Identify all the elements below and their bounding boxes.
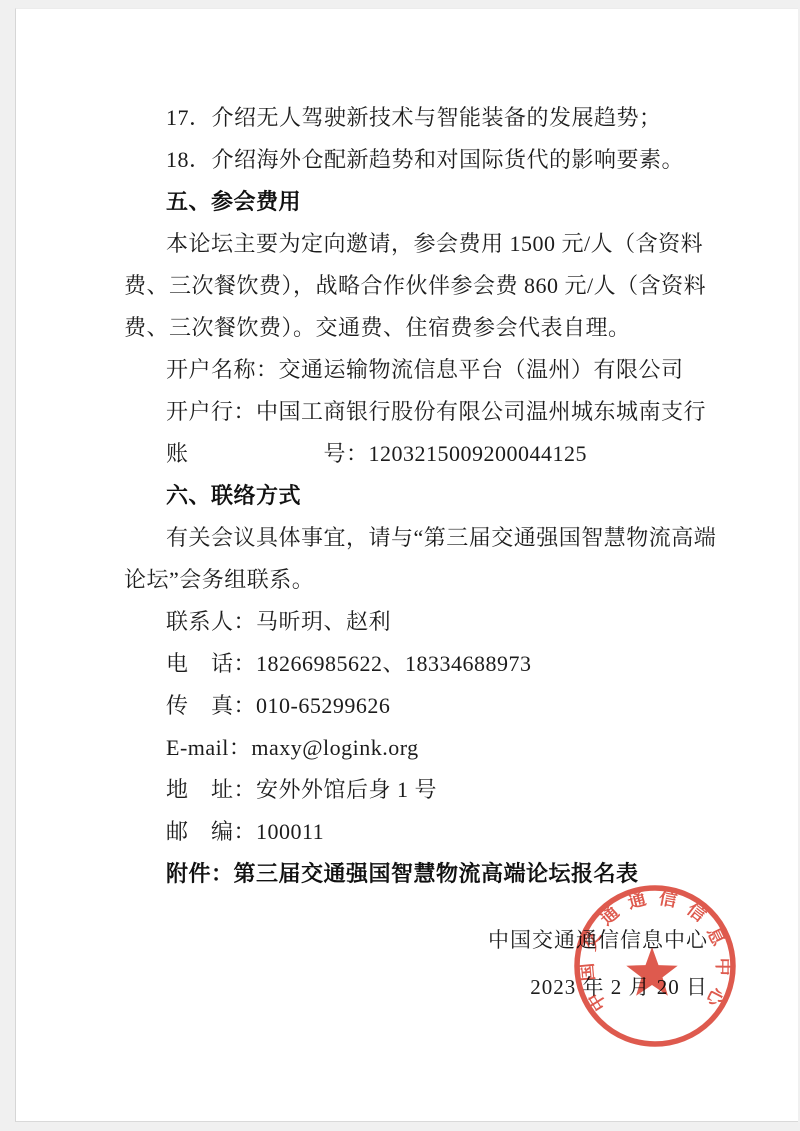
paragraph-line: 论坛”会务组联系。 [124, 559, 712, 601]
field-phone: 电 话：18266985622、18334688973 [124, 643, 712, 685]
field-postcode: 邮 编：100011 [124, 811, 712, 853]
scanned-document: { "doc": { "lines": [ {"text": "17．介绍无人驾… [0, 0, 800, 1131]
paragraph-line: 费、三次餐饮费），战略合作伙伴参会费 860 元/人（含资料 [124, 265, 712, 307]
attachment-line: 附件：第三届交通强国智慧物流高端论坛报名表 [124, 853, 712, 895]
paragraph-line: 本论坛主要为定向邀请，参会费用 1500 元/人（含资料 [124, 223, 712, 265]
field-contact-person: 联系人：马昕玥、赵利 [124, 601, 712, 643]
field-address: 地 址：安外外馆后身 1 号 [124, 769, 712, 811]
signature-block: 中国交通通信信息中心 2023 年 2 月 20 日 [488, 926, 708, 1001]
section-heading-contact: 六、联络方式 [124, 475, 712, 517]
paragraph-line: 费、三次餐饮费）。交通费、住宿费参会代表自理。 [124, 307, 712, 349]
field-account-name: 开户名称：交通运输物流信息平台（温州）有限公司 [124, 349, 712, 391]
field-account-number: 账 号：1203215009200044125 [124, 433, 712, 475]
list-item-17: 17．介绍无人驾驶新技术与智能装备的发展趋势； [124, 97, 712, 139]
signature-date: 2023 年 2 月 20 日 [488, 973, 708, 1001]
field-fax: 传 真：010-65299626 [124, 685, 712, 727]
paragraph-line: 有关会议具体事宜，请与“第三届交通强国智慧物流高端 [124, 517, 712, 559]
document-body: 17．介绍无人驾驶新技术与智能装备的发展趋势； 18．介绍海外仓配新趋势和对国际… [124, 97, 712, 895]
signature-org: 中国交通通信信息中心 [488, 926, 708, 954]
field-bank: 开户行：中国工商银行股份有限公司温州城东城南支行 [124, 391, 712, 433]
list-item-18: 18．介绍海外仓配新趋势和对国际货代的影响要素。 [124, 139, 712, 181]
document-page: 17．介绍无人驾驶新技术与智能装备的发展趋势； 18．介绍海外仓配新趋势和对国际… [15, 8, 798, 1122]
section-heading-fees: 五、参会费用 [124, 181, 712, 223]
field-email: E-mail：maxy@logink.org [124, 727, 712, 769]
